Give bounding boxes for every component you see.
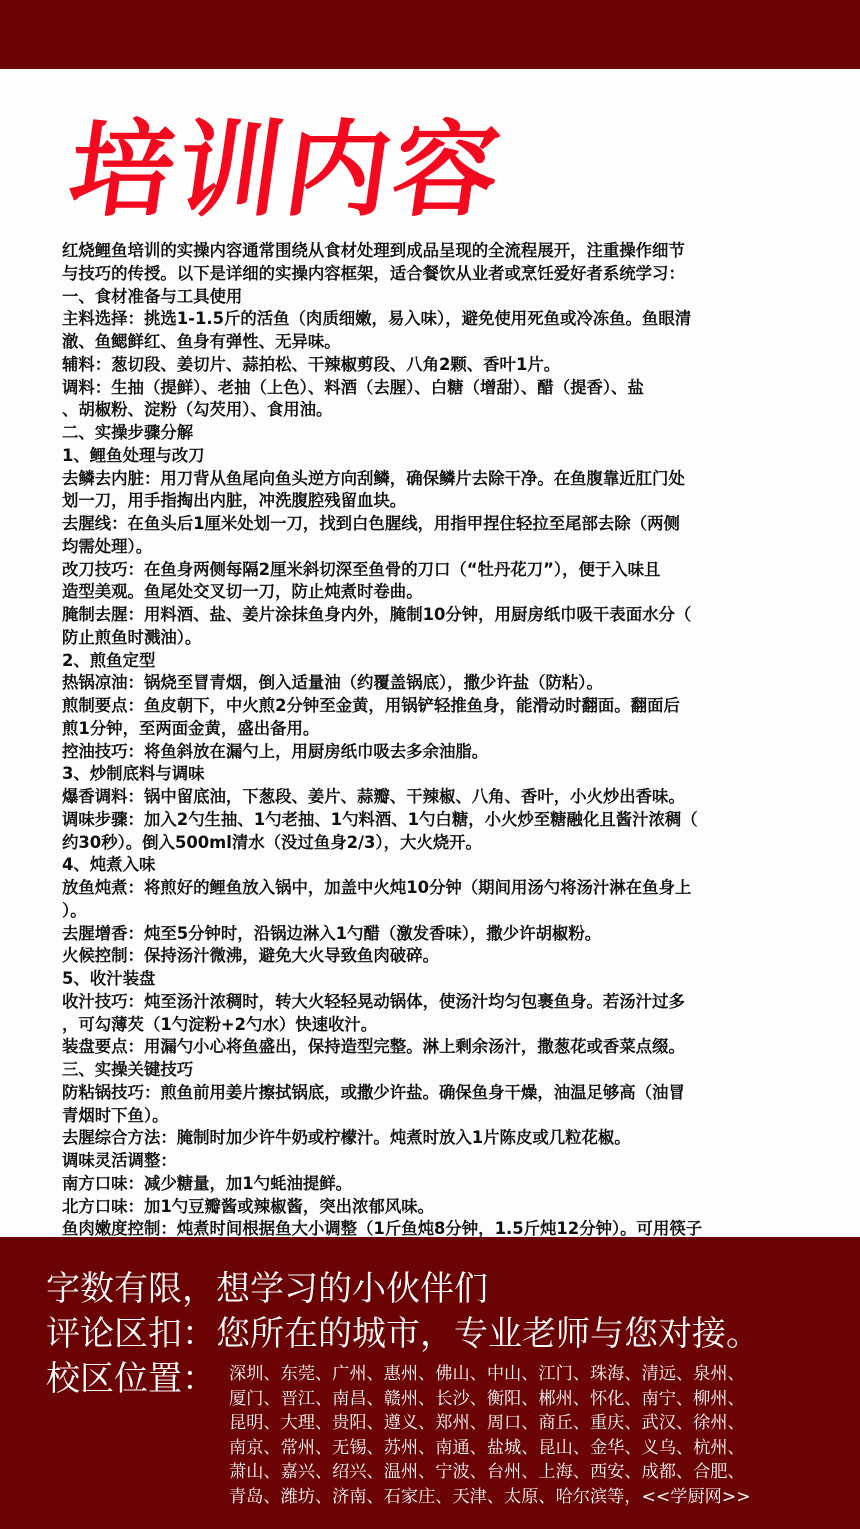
content-line: 调味灵活调整：	[62, 1150, 802, 1173]
footer-banner: 字数有限，想学习的小伙伴们 评论区扣：您所在的城市，专业老师与您对接。 校区位置…	[0, 1237, 860, 1529]
content-line: 造型美观。鱼尾处交叉切一刀，防止炖煮时卷曲。	[62, 581, 802, 604]
content-line: 煎制要点：鱼皮朝下，中火煎2分钟至金黄，用锅铲轻推鱼身，能滑动时翻面。翻面后	[62, 695, 802, 718]
content-line: 划一刀，用手指掏出内脏，冲洗腹腔残留血块。	[62, 490, 802, 513]
content-line: 澈、鱼鳃鲜红、鱼身有弹性、无异味。	[62, 331, 802, 354]
subsection-heading: 2、煎鱼定型	[62, 650, 802, 673]
content-line: 均需处理）。	[62, 536, 802, 559]
campus-list: 深圳、东莞、广州、惠州、佛山、中山、江门、珠海、清远、泉州、 厦门、晋江、南昌、…	[229, 1362, 829, 1510]
content-line: 调料：生抽（提鲜）、老抽（上色）、料酒（去腥）、白糖（增甜）、醋（提香）、盐	[62, 377, 802, 400]
content-line: 装盘要点：用漏勺小心将鱼盛出，保持造型完整。淋上剩余汤汁，撒葱花或香菜点缀。	[62, 1036, 802, 1059]
promo-line-2: 评论区扣：您所在的城市，专业老师与您对接。	[46, 1314, 760, 1354]
campus-line: 南京、常州、无锡、苏州、南通、盐城、昆山、金华、义乌、杭州、	[229, 1436, 829, 1461]
content-line: 辅料：葱切段、姜切片、蒜拍松、干辣椒剪段、八角2颗、香叶1片。	[62, 354, 802, 377]
top-banner	[0, 0, 860, 69]
content-line: 防止煎鱼时溅油）。	[62, 627, 802, 650]
content-line: 约30秒）。倒入500ml清水（没过鱼身2/3），大火烧开。	[62, 832, 802, 855]
content-line: 防粘锅技巧：煎鱼前用姜片擦拭锅底，或撒少许盐。确保鱼身干燥，油温足够高（油冒	[62, 1082, 802, 1105]
content-line: 主料选择：挑选1-1.5斤的活鱼（肉质细嫩，易入味），避免使用死鱼或冷冻鱼。鱼眼…	[62, 308, 802, 331]
content-line: ）。	[62, 900, 802, 923]
content-line: 改刀技巧：在鱼身两侧每隔2厘米斜切深至鱼骨的刀口（“牡丹花刀”），便于入味且	[62, 559, 802, 582]
content-line: 红烧鲤鱼培训的实操内容通常围绕从食材处理到成品呈现的全流程展开，注重操作细节	[62, 240, 802, 263]
training-content: 红烧鲤鱼培训的实操内容通常围绕从食材处理到成品呈现的全流程展开，注重操作细节 与…	[62, 240, 802, 1264]
content-line: 、胡椒粉、淀粉（勾芡用）、食用油。	[62, 399, 802, 422]
content-line: 调味步骤：加入2勺生抽、1勺老抽、1勺料酒、1勺白糖，小火炒至糖融化且酱汁浓稠（	[62, 809, 802, 832]
campus-line: 萧山、嘉兴、绍兴、温州、宁波、台州、上海、西安、成都、合肥、	[229, 1460, 829, 1485]
section-heading: 三、实操关键技巧	[62, 1059, 802, 1082]
content-line: 去鳞去内脏：用刀背从鱼尾向鱼头逆方向刮鳞，确保鳞片去除干净。在鱼腹靠近肛门处	[62, 468, 802, 491]
content-line: 青烟时下鱼）。	[62, 1105, 802, 1128]
content-line: 南方口味：减少糖量，加1勺蚝油提鲜。	[62, 1173, 802, 1196]
subsection-heading: 4、炖煮入味	[62, 854, 802, 877]
content-line: 去腥线：在鱼头后1厘米处划一刀，找到白色腥线，用指甲捏住轻拉至尾部去除（两侧	[62, 513, 802, 536]
content-line: 火候控制：保持汤汁微沸，避免大火导致鱼肉破碎。	[62, 945, 802, 968]
content-line: 控油技巧：将鱼斜放在漏勺上，用厨房纸巾吸去多余油脂。	[62, 741, 802, 764]
content-line: 去腥增香：炖至5分钟时，沿锅边淋入1勺醋（激发香味），撒少许胡椒粉。	[62, 923, 802, 946]
campus-line: 青岛、潍坊、济南、石家庄、天津、太原、哈尔滨等，<<学厨网>>	[229, 1485, 829, 1510]
campus-line: 昆明、大理、贵阳、遵义、郑州、周口、商丘、重庆、武汉、徐州、	[229, 1411, 829, 1436]
content-line: 北方口味：加1勺豆瓣酱或辣椒酱，突出浓郁风味。	[62, 1196, 802, 1219]
subsection-heading: 1、鲤鱼处理与改刀	[62, 445, 802, 468]
page-title: 培训内容	[62, 112, 510, 228]
section-heading: 一、食材准备与工具使用	[62, 286, 802, 309]
content-line: 煎1分钟，至两面金黄，盛出备用。	[62, 718, 802, 741]
section-heading: 二、实操步骤分解	[62, 422, 802, 445]
subsection-heading: 5、收汁装盘	[62, 968, 802, 991]
content-line: 收汁技巧：炖至汤汁浓稠时，转大火轻轻晃动锅体，使汤汁均匀包裹鱼身。若汤汁过多	[62, 991, 802, 1014]
subsection-heading: 3、炒制底料与调味	[62, 763, 802, 786]
content-line: 热锅凉油：锅烧至冒青烟，倒入适量油（约覆盖锅底），撒少许盐（防粘）。	[62, 672, 802, 695]
campus-label: 校区位置：	[46, 1359, 216, 1399]
content-line: 与技巧的传授。以下是详细的实操内容框架，适合餐饮从业者或烹饪爱好者系统学习：	[62, 263, 802, 286]
content-line: ，可勾薄芡（1勺淀粉+2勺水）快速收汁。	[62, 1014, 802, 1037]
campus-line: 厦门、晋江、南昌、赣州、长沙、衡阳、郴州、怀化、南宁、柳州、	[229, 1387, 829, 1412]
promo-line-1: 字数有限，想学习的小伙伴们	[46, 1269, 488, 1309]
campus-line: 深圳、东莞、广州、惠州、佛山、中山、江门、珠海、清远、泉州、	[229, 1362, 829, 1387]
content-line: 腌制去腥：用料酒、盐、姜片涂抹鱼身内外，腌制10分钟，用厨房纸巾吸干表面水分（	[62, 604, 802, 627]
content-line: 放鱼炖煮：将煎好的鲤鱼放入锅中，加盖中火炖10分钟（期间用汤勺将汤汁淋在鱼身上	[62, 877, 802, 900]
content-line: 去腥综合方法：腌制时加少许牛奶或柠檬汁。炖煮时放入1片陈皮或几粒花椒。	[62, 1127, 802, 1150]
content-line: 爆香调料：锅中留底油，下葱段、姜片、蒜瓣、干辣椒、八角、香叶，小火炒出香味。	[62, 786, 802, 809]
